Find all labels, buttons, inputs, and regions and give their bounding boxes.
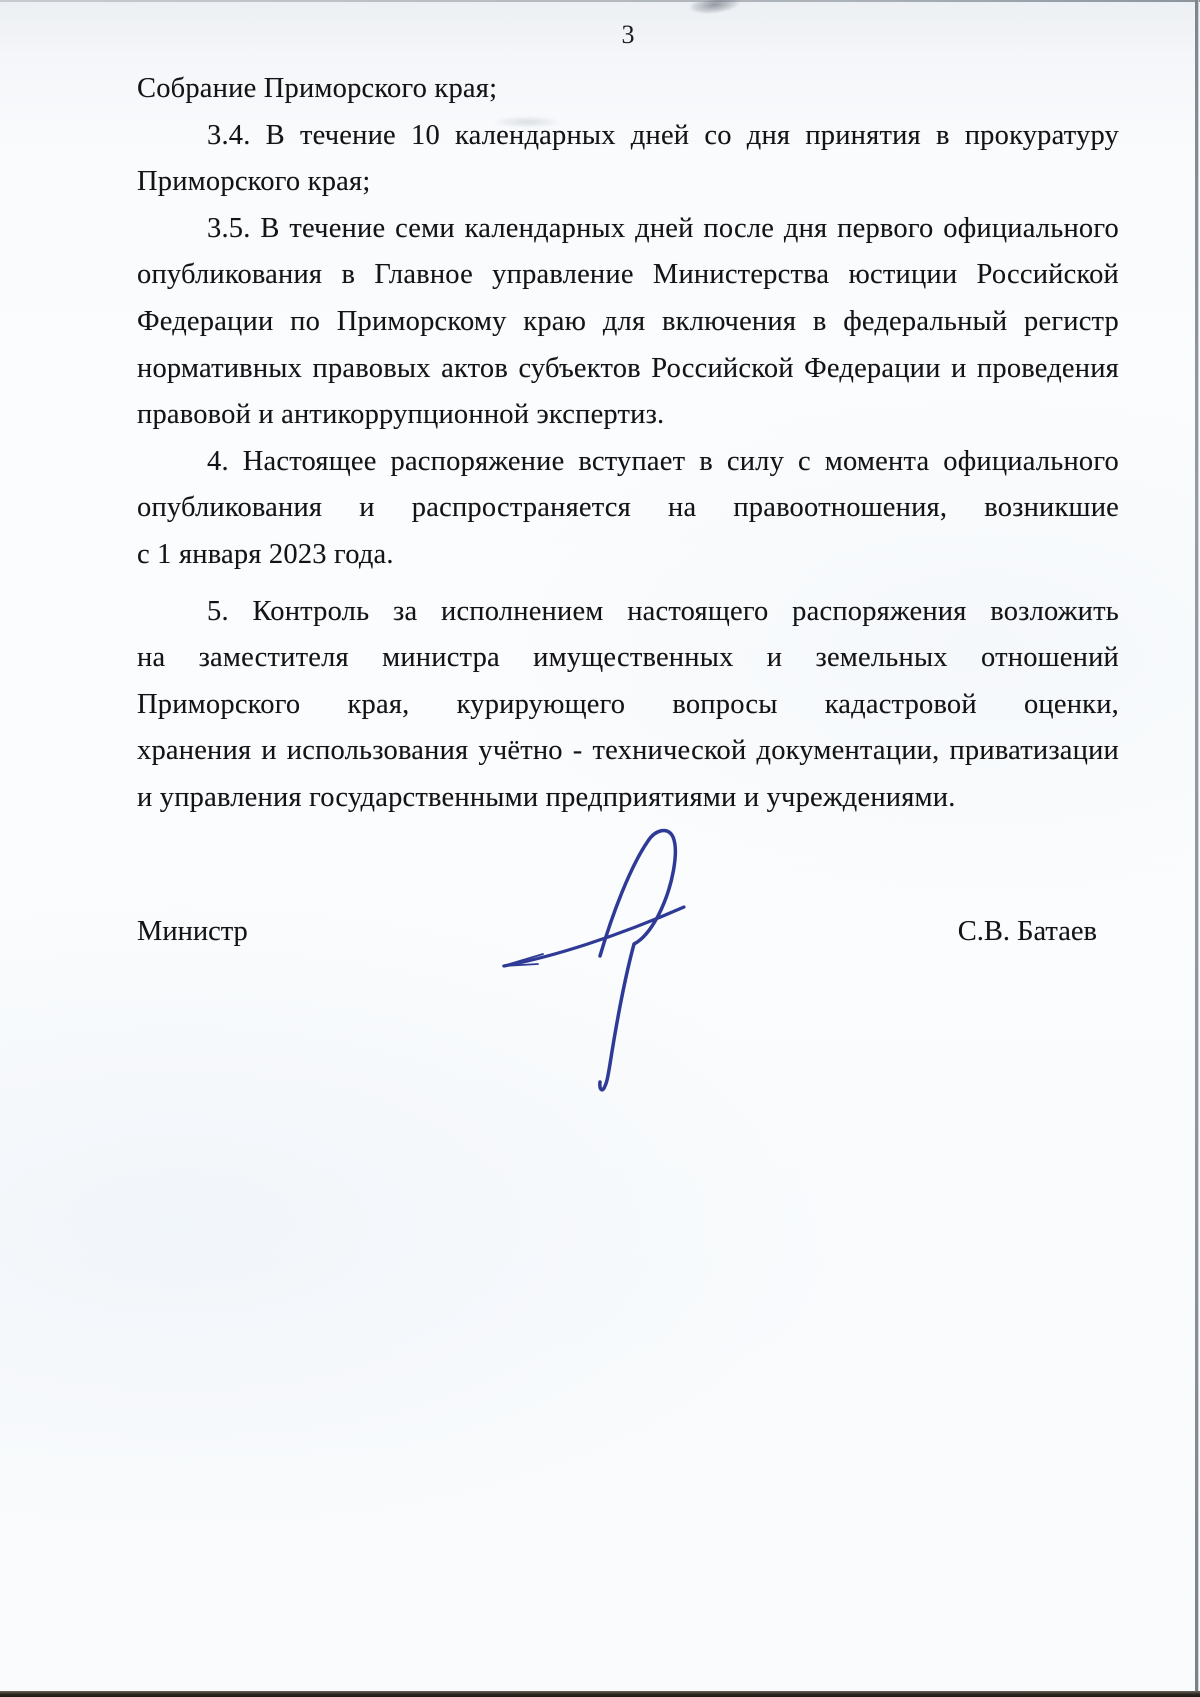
signatory-role: Министр xyxy=(137,912,248,952)
text-line: Приморского края; xyxy=(137,159,1119,206)
text-line: 5. Контроль за исполнением настоящего ра… xyxy=(137,589,1119,636)
text-line: Федерации по Приморскому краю для включе… xyxy=(137,299,1119,346)
scanned-document-page: 3 Собрание Приморского края;3.4. В течен… xyxy=(0,0,1200,1697)
text-line: хранения и использования учётно - технич… xyxy=(137,728,1119,775)
paragraph-5: 5. Контроль за исполнением настоящего ра… xyxy=(137,589,1119,822)
scan-top-edge xyxy=(0,0,1200,2)
paragraph-4: 4. Настоящее распоряжение вступает в сил… xyxy=(137,439,1119,579)
text-line: с 1 января 2023 года. xyxy=(137,532,1119,579)
text-line: 4. Настоящее распоряжение вступает в сил… xyxy=(137,439,1119,486)
scan-right-edge xyxy=(1195,0,1198,1692)
signatory-name: С.В. Батаев xyxy=(958,912,1097,952)
signature-loop-stroke xyxy=(600,830,675,1089)
paragraph-3-4: 3.4. В течение 10 календарных дней со дн… xyxy=(137,113,1119,206)
text-line: на заместителя министра имущественных и … xyxy=(137,635,1119,682)
scan-bottom-edge xyxy=(0,1691,1200,1697)
text-line: опубликования и распространяется на прав… xyxy=(137,485,1119,532)
text-line: нормативных правовых актов субъектов Рос… xyxy=(137,346,1119,393)
text-line: 3.4. В течение 10 календарных дней со дн… xyxy=(137,113,1119,160)
text-line: опубликования в Главное управление Минис… xyxy=(137,252,1119,299)
handwritten-signature-icon xyxy=(488,815,713,1105)
text-line: Приморского края, курирующего вопросы ка… xyxy=(137,682,1119,729)
paragraph-3-3-continuation: Собрание Приморского края; xyxy=(137,66,1119,113)
scan-smudge-top xyxy=(689,0,740,16)
paragraph-3-5: 3.5. В течение семи календарных дней пос… xyxy=(137,206,1119,439)
text-line: Собрание Приморского края; xyxy=(137,66,1119,113)
text-line: правовой и антикоррупционной экспертиз. xyxy=(137,392,1119,439)
page-number: 3 xyxy=(137,20,1119,50)
document-body: Собрание Приморского края;3.4. В течение… xyxy=(137,66,1119,822)
text-line: 3.5. В течение семи календарных дней пос… xyxy=(137,206,1119,253)
